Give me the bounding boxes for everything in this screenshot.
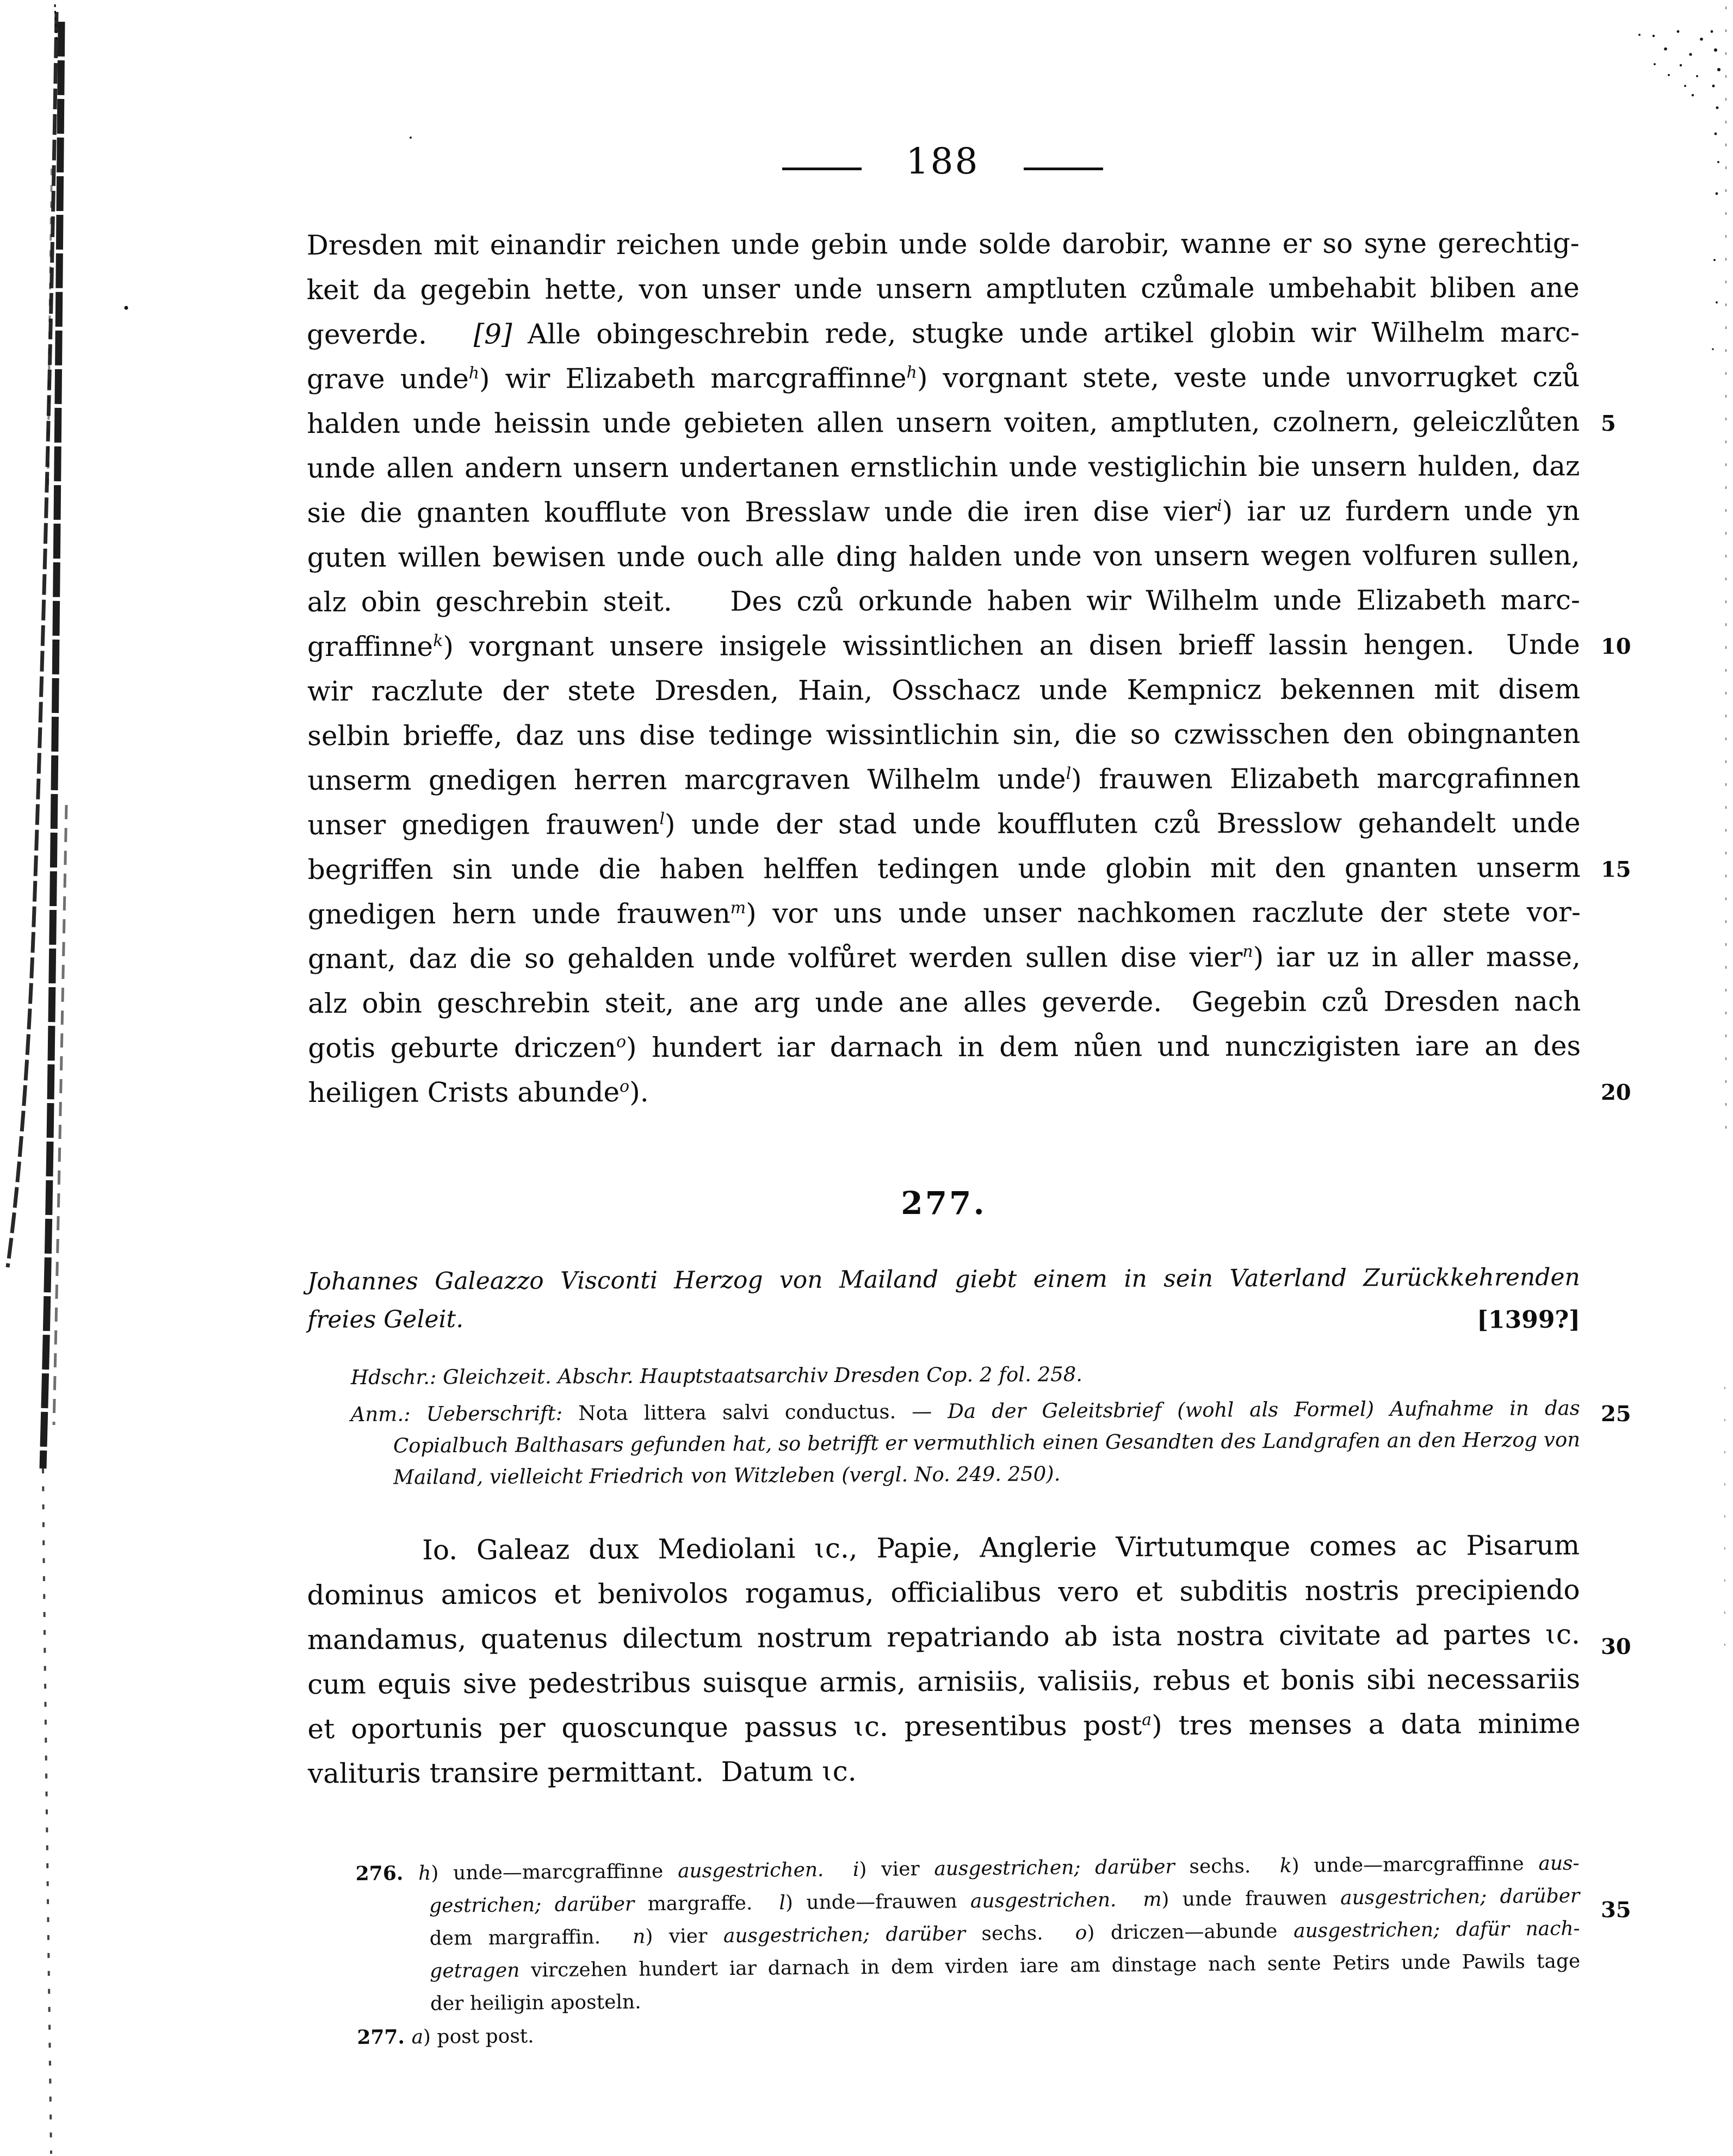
header-rule-right: [1024, 168, 1103, 170]
body-line: Dresden mit einandir reichen unde gebin …: [307, 221, 1580, 268]
source-note-line: Hdschr.: Gleichzeit. Abschr. Hauptstaats…: [351, 1357, 1580, 1393]
body-line: graffinnek) vorgnant unsere insigele wis…: [307, 622, 1580, 669]
entry-title-end: freies Geleit.: [307, 1300, 463, 1339]
body-line: gotis geburte driczeno) hundert iar darn…: [308, 1024, 1581, 1070]
manuscript-source-note: Hdschr.: Gleichzeit. Abschr. Hauptstaats…: [351, 1357, 1580, 1393]
binding-shadow-left-edge: [8, 4, 66, 2154]
latin-line: Io. Galeaz dux Mediolani ɩc., Papie, Ang…: [307, 1523, 1580, 1573]
scanned-book-page: 188 5 10 15 20 25 30 35 Dresden mit eina…: [0, 0, 1733, 2156]
margin-line-number-5: 5: [1601, 408, 1650, 439]
margin-line-number-10: 10: [1601, 631, 1650, 662]
body-line: alz obin geschrebin steit. Des czů orkun…: [307, 578, 1580, 624]
margin-line-number-15: 15: [1601, 854, 1650, 885]
latin-line: et oportunis per quoscunque passus ɩc. p…: [307, 1701, 1580, 1751]
footnotes-apparatus: 276. h) unde—marcgraffinne ausgestrichen…: [355, 1847, 1581, 2054]
latin-line: cum equis sive pedestribus suisque armis…: [307, 1657, 1580, 1707]
charter-text-body: Dresden mit einandir reichen unde gebin …: [307, 221, 1581, 1115]
body-line: geverde. [9] Alle obingeschrebin rede, s…: [307, 310, 1580, 357]
body-line: unde allen andern unsern undertanen erns…: [307, 444, 1580, 491]
latin-line: mandamus, quatenus dilectum nostrum repa…: [307, 1612, 1580, 1662]
entry-number: 277.: [307, 1185, 1580, 1222]
body-line: begriffen sin unde die haben helffen ted…: [308, 845, 1581, 892]
dotted-right-edge: [1725, 7, 1726, 1653]
body-line: alz obin geschrebin steit, ane arg unde …: [308, 979, 1581, 1026]
entry-date: [1399?]: [1477, 1301, 1580, 1340]
page-number: 188: [906, 140, 980, 182]
margin-line-number-25: 25: [1601, 1399, 1650, 1429]
body-line: grave undeh) wir Elizabeth marcgraffinne…: [307, 355, 1580, 401]
body-line: unserm gnedigen herren marcgraven Wilhel…: [307, 756, 1580, 803]
annotation-note: Anm.: Ueberschrift: Nota littera salvi c…: [351, 1392, 1581, 1494]
body-line: selbin brieffe, daz uns dise tedinge wis…: [307, 711, 1580, 758]
body-line: heiligen Crists abundeo).: [308, 1068, 1581, 1115]
latin-charter-text: Io. Galeaz dux Mediolani ɩc., Papie, Ang…: [307, 1523, 1581, 1796]
running-head: 188: [230, 140, 1655, 182]
entry-title-line: Johannes Galeazzo Visconti Herzog von Ma…: [307, 1259, 1580, 1301]
entry-title-line: freies Geleit. [1399?]: [307, 1297, 1580, 1339]
body-line: gnedigen hern unde frauwenm) vor uns und…: [308, 890, 1581, 937]
body-line: unser gnedigen frauwenl) unde der stad u…: [307, 801, 1580, 847]
annotation-line: Copialbuch Balthasars gefunden hat, so b…: [351, 1424, 1580, 1462]
body-line: wir raczlute der stete Dresden, Hain, Os…: [307, 667, 1580, 714]
margin-line-number-35: 35: [1601, 1895, 1650, 1925]
latin-line: valituris transire permittant. Datum ɩc.: [308, 1746, 1581, 1796]
body-line: gnant, daz die so gehalden unde volfůret…: [308, 934, 1581, 981]
body-line: keit da gegebin hette, von unser unde un…: [307, 265, 1580, 312]
latin-line: dominus amicos et benivolos rogamus, off…: [307, 1568, 1580, 1618]
margin-line-number-20: 20: [1601, 1077, 1650, 1108]
entry-title: Johannes Galeazzo Visconti Herzog von Ma…: [307, 1259, 1580, 1339]
body-line: guten willen bewisen unde ouch alle ding…: [307, 533, 1580, 580]
body-line: halden unde heissin unde gebieten allen …: [307, 399, 1580, 446]
margin-line-number-30: 30: [1601, 1632, 1650, 1662]
header-rule-left: [782, 168, 862, 170]
body-line: sie die gnanten koufflute von Bresslaw u…: [307, 488, 1580, 535]
annotation-line: Mailand, vielleicht Friedrich von Witzle…: [351, 1455, 1580, 1494]
